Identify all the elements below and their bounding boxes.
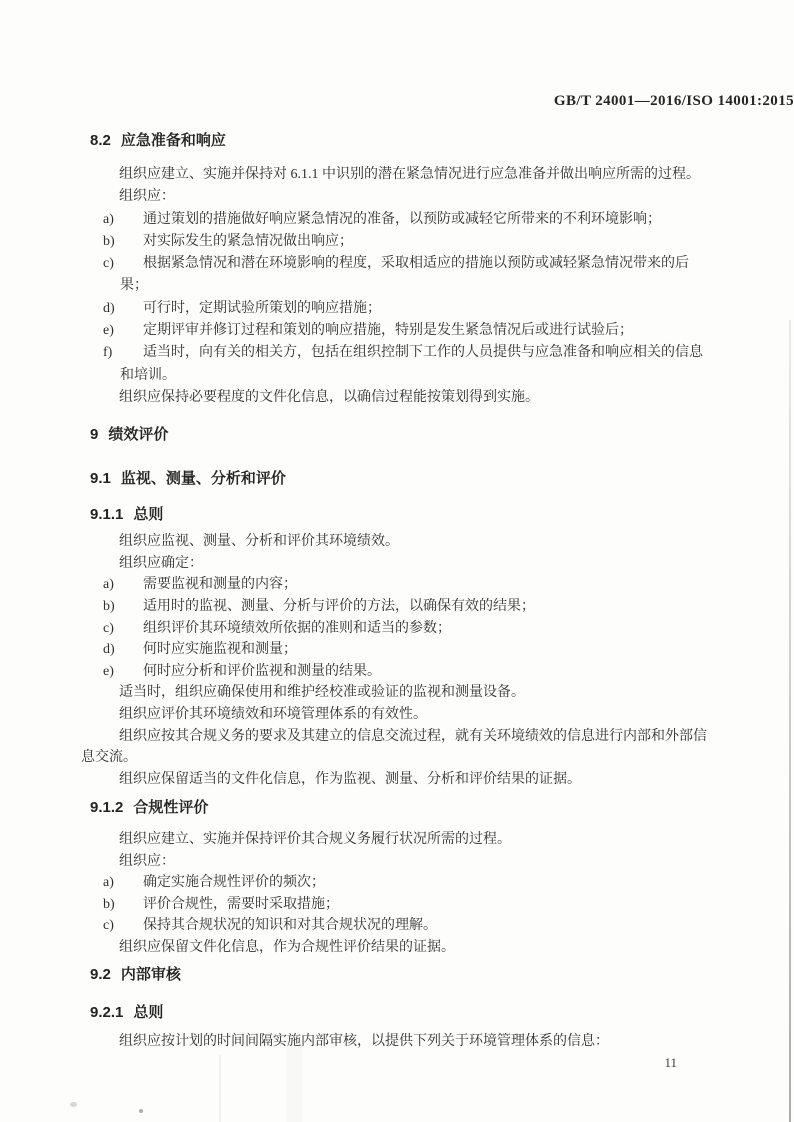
section-heading-9-1-1: 9.1.1总则 (81, 504, 715, 526)
scan-speck-artifact (70, 1102, 77, 1107)
section-body-9-2-1: 组织应按计划的时间间隔实施内部审核，以提供下列关于环境管理体系的信息： (81, 1031, 715, 1053)
scan-band-artifact (286, 1040, 302, 1122)
document-page: GB/T 24001—2016/ISO 14001:2015 8.2应急准备和响… (0, 0, 794, 1122)
paragraph: 组织应： (81, 851, 715, 873)
running-header: GB/T 24001—2016/ISO 14001:2015 (0, 90, 794, 112)
paragraph: 组织应建立、实施并保持对 6.1.1 中识别的潜在紧急情况进行应急准备并做出响应… (81, 164, 715, 186)
section-heading-8-2: 8.2应急准备和响应 (81, 130, 715, 152)
section-title: 合规性评价 (133, 799, 208, 816)
list-item: a)需要监视和测量的内容； (81, 574, 715, 596)
list-item-text: 确定实施合规性评价的频次； (143, 875, 325, 890)
section-number: 9.1 (90, 470, 111, 487)
paragraph: 组织应保留文件化信息，作为合规性评价结果的证据。 (81, 937, 715, 959)
chapter-title: 绩效评价 (108, 426, 168, 443)
list-item-label: e) (103, 320, 143, 342)
section-body-9-1-2: 组织应建立、实施并保持评价其合规义务履行状况所需的过程。 组织应： a)确定实施… (81, 829, 715, 958)
page-number: 11 (81, 1053, 715, 1073)
list-item-label: b) (103, 596, 143, 618)
list-item: c)组织评价其环境绩效所依据的准则和适当的参数； (81, 618, 715, 640)
paragraph: 组织应保留适当的文件化信息，作为监视、测量、分析和评价结果的证据。 (81, 769, 715, 791)
list-item: d)何时应实施监视和测量； (81, 639, 715, 661)
list-item: f)适当时，向有关的相关方，包括在组织控制下工作的人员提供与应急准备和响应相关的… (81, 342, 715, 387)
list-item-text: 保持其合规状况的知识和对其合规状况的理解。 (143, 918, 437, 933)
section-title: 总则 (133, 1004, 163, 1021)
list-item-text: 何时应分析和评价监视和测量的结果。 (143, 664, 381, 679)
section-body-8-2: 组织应建立、实施并保持对 6.1.1 中识别的潜在紧急情况进行应急准备并做出响应… (81, 164, 715, 409)
list-item-label: c) (103, 618, 143, 640)
list-item-label: a) (103, 209, 143, 231)
section-number: 9.1.2 (90, 799, 123, 816)
list-item-label: b) (103, 894, 143, 916)
list-item-text: 评价合规性，需要时采取措施； (143, 897, 339, 912)
section-heading-9-1: 9.1监视、测量、分析和评价 (81, 468, 715, 490)
list-item: a)通过策划的措施做好响应紧急情况的准备，以预防或减轻它所带来的不利环境影响； (81, 209, 715, 231)
paragraph: 组织应： (81, 186, 715, 208)
section-number: 8.2 (90, 132, 111, 149)
section-heading-9-1-2: 9.1.2合规性评价 (81, 797, 715, 819)
section-title: 监视、测量、分析和评价 (121, 470, 286, 487)
chapter-number: 9 (90, 426, 98, 443)
list-item-text: 通过策划的措施做好响应紧急情况的准备，以预防或减轻它所带来的不利环境影响； (143, 212, 661, 227)
list-item-label: a) (103, 574, 143, 596)
scan-band-artifact (219, 1055, 221, 1122)
list-item: d)可行时，定期试验所策划的响应措施； (81, 298, 715, 320)
section-number: 9.1.1 (90, 506, 123, 523)
list-item-text: 组织评价其环境绩效所依据的准则和适当的参数； (143, 621, 451, 636)
list-item: e)定期评审并修订过程和策划的响应措施，特别是发生紧急情况后或进行试验后； (81, 320, 715, 342)
list-item-label: e) (103, 661, 143, 683)
section-number: 9.2 (90, 966, 111, 983)
section-body-9-1-1: 组织应监视、测量、分析和评价其环境绩效。 组织应确定： a)需要监视和测量的内容… (81, 531, 715, 790)
scan-speck-artifact (139, 1109, 143, 1113)
list-item-label: b) (103, 231, 143, 253)
list-item: b)适用时的监视、测量、分析与评价的方法，以确保有效的结果； (81, 596, 715, 618)
section-number: 9.2.1 (90, 1004, 123, 1021)
list-item: c)根据紧急情况和潜在环境影响的程度，采取相适应的措施以预防或减轻紧急情况带来的… (81, 253, 715, 298)
section-heading-9-2-1: 9.2.1总则 (81, 1002, 715, 1024)
list-item: a)确定实施合规性评价的频次； (81, 872, 715, 894)
list-item: e)何时应分析和评价监视和测量的结果。 (81, 661, 715, 683)
list-item-text: 定期评审并修订过程和策划的响应措施，特别是发生紧急情况后或进行试验后； (143, 323, 633, 338)
section-title: 内部审核 (121, 966, 181, 983)
page-content: 8.2应急准备和响应 组织应建立、实施并保持对 6.1.1 中识别的潜在紧急情况… (0, 130, 794, 1073)
section-title: 应急准备和响应 (121, 132, 226, 149)
list-item-label: d) (103, 639, 143, 661)
list-item: c)保持其合规状况的知识和对其合规状况的理解。 (81, 915, 715, 937)
list-item-text: 适当时，向有关的相关方，包括在组织控制下工作的人员提供与应急准备和响应相关的信息… (120, 345, 703, 382)
paragraph: 组织应评价其环境绩效和环境管理体系的有效性。 (81, 704, 715, 726)
list-item-label: d) (103, 298, 143, 320)
list-item-text: 何时应实施监视和测量； (143, 642, 297, 657)
paragraph: 组织应按其合规义务的要求及其建立的信息交流过程，就有关环境绩效的信息进行内部和外… (81, 726, 715, 769)
paragraph: 组织应建立、实施并保持评价其合规义务履行状况所需的过程。 (81, 829, 715, 851)
list-item-label: c) (103, 253, 143, 275)
paragraph: 组织应按计划的时间间隔实施内部审核，以提供下列关于环境管理体系的信息： (81, 1031, 715, 1053)
list-item-label: a) (103, 872, 143, 894)
list-item-text: 适用时的监视、测量、分析与评价的方法，以确保有效的结果； (143, 599, 535, 614)
paragraph: 适当时，组织应确保使用和维护经校准或验证的监视和测量设备。 (81, 682, 715, 704)
list-item-text: 根据紧急情况和潜在环境影响的程度，采取相适应的措施以预防或减轻紧急情况带来的后果… (120, 256, 689, 293)
list-item-text: 对实际发生的紧急情况做出响应； (143, 234, 353, 249)
standard-code: GB/T 24001—2016/ISO 14001:2015 (554, 93, 794, 109)
chapter-heading-9: 9绩效评价 (81, 424, 715, 446)
list-item: b)对实际发生的紧急情况做出响应； (81, 231, 715, 253)
list-item-text: 可行时，定期试验所策划的响应措施； (143, 301, 381, 316)
list-item-text: 需要监视和测量的内容； (143, 577, 297, 592)
list-item-label: f) (103, 342, 143, 364)
page-number-value: 11 (664, 1055, 677, 1070)
section-heading-9-2: 9.2内部审核 (81, 964, 715, 986)
paragraph: 组织应监视、测量、分析和评价其环境绩效。 (81, 531, 715, 553)
section-title: 总则 (133, 506, 163, 523)
paragraph: 组织应确定： (81, 553, 715, 575)
paragraph: 组织应保持必要程度的文件化信息，以确信过程能按策划得到实施。 (81, 387, 715, 409)
list-item-label: c) (103, 915, 143, 937)
scan-edge-artifact (789, 320, 791, 1122)
list-item: b)评价合规性，需要时采取措施； (81, 894, 715, 916)
